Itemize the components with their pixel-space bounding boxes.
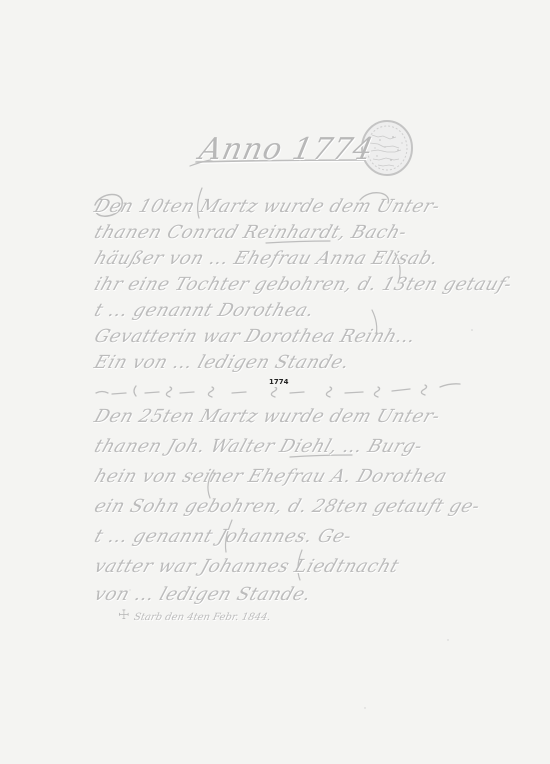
document-page: Anno 1774 Den 10ten Martz wurde dem Unte… <box>0 0 550 764</box>
entry-2-line-5: t ... genannt Johannes. Ge- <box>92 526 355 547</box>
entry-1-line-3: häußer von ... Ehefrau Anna Elisab. <box>92 248 442 269</box>
entry-1-line-2: thanen Conrad Reinhardt, Bach- <box>92 222 410 243</box>
entry-1-line-4: ihr eine Tochter gebohren, d. 13ten geta… <box>92 274 515 295</box>
entry-2-line-4: ein Sohn gebohren, d. 28ten getauft ge- <box>92 496 483 517</box>
entry-2-line-3: hein von seiner Ehefrau A. Dorothea <box>92 466 450 487</box>
entry-2-line-1: Den 25ten Martz wurde dem Unter- <box>92 406 443 427</box>
footnote-death-note: Starb den 4ten Febr. 1844. <box>133 612 272 623</box>
entry-2-line-6: vatter war Johannes Liedtnacht <box>92 556 402 577</box>
entry-1-line-1: Den 10ten Martz wurde dem Unter- <box>92 196 443 217</box>
entry-1-line-5: t ... genannt Dorothea. <box>92 300 317 321</box>
entry-2-line-2: thanen Joh. Walter Diehl, ... Burg- <box>92 436 426 457</box>
document-heading: Anno 1774 <box>196 132 377 167</box>
death-cross-icon: ☩ <box>118 608 130 623</box>
entry-1-line-7: Ein von ... ledigen Stande. <box>92 352 353 373</box>
entry-1-line-6: Gevatterin war Dorothea Reinh... <box>92 326 419 347</box>
entry-2-line-7: von ... ledigen Stande. <box>92 584 314 605</box>
year-overlay-label: 1774 <box>268 378 289 387</box>
